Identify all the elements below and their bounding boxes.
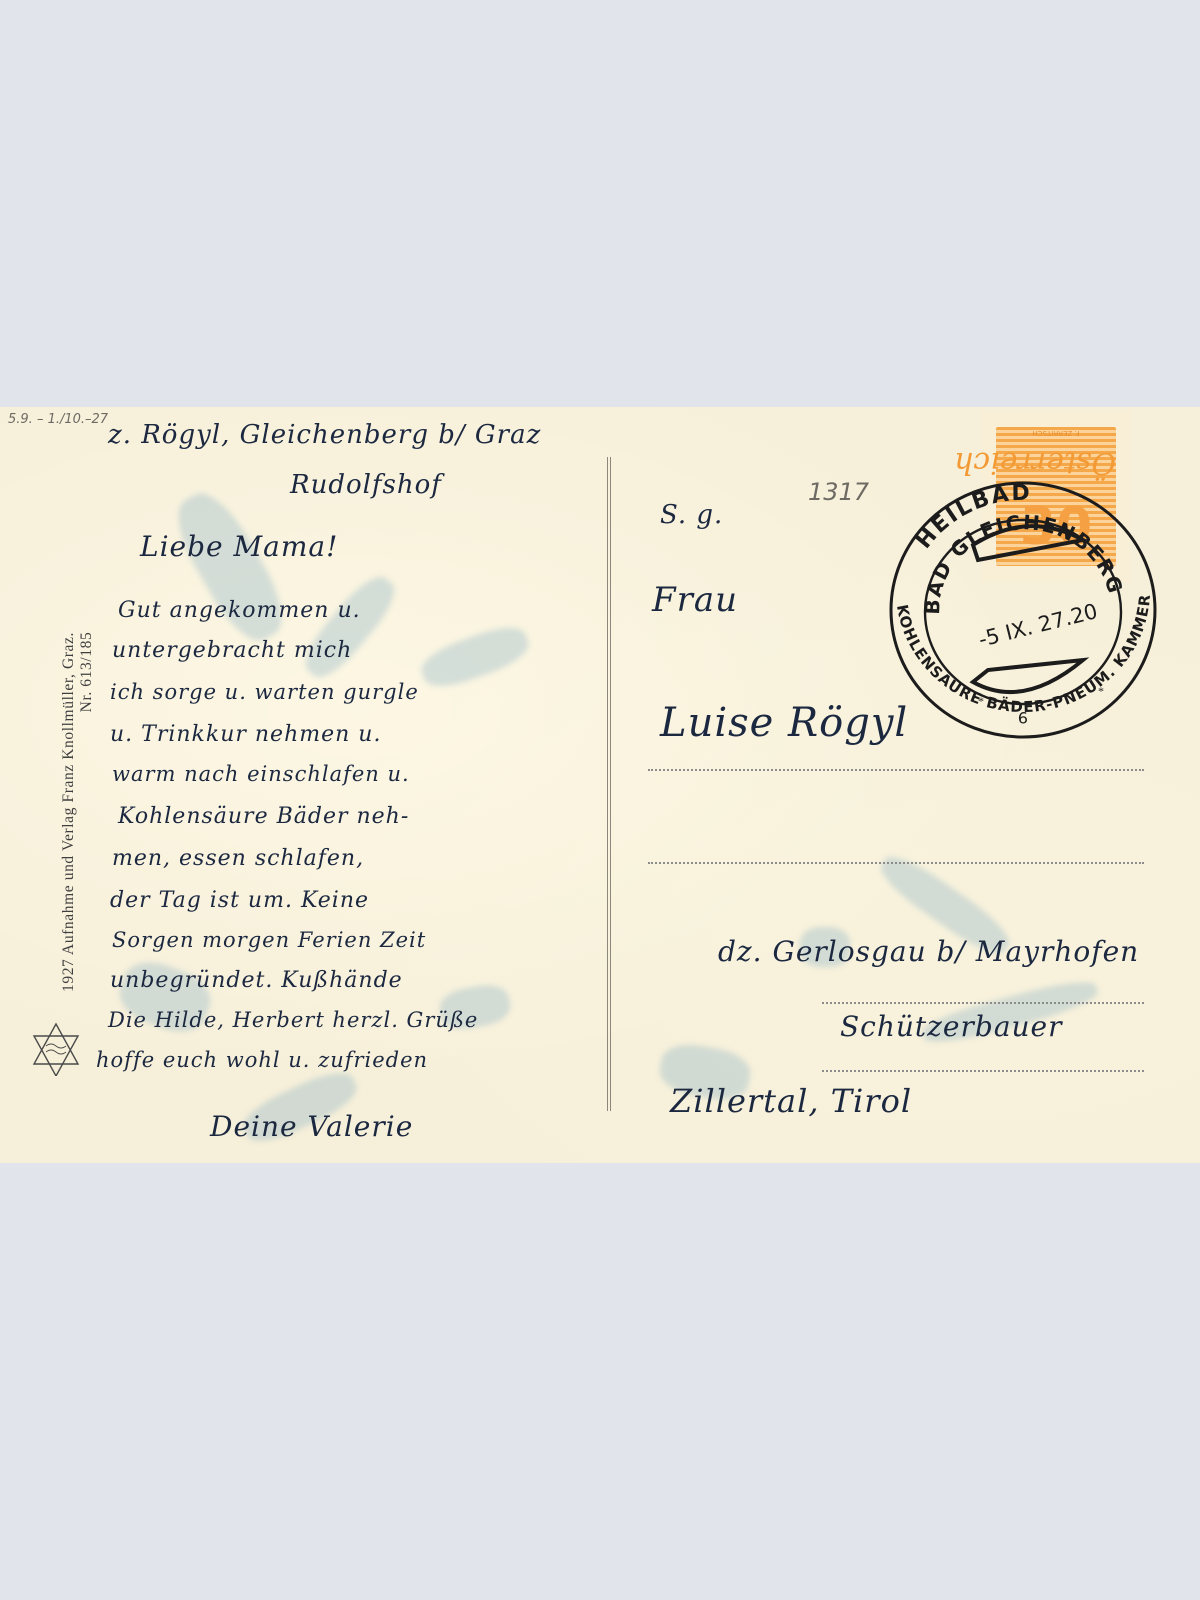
message-line: ich sorge u. warten gurgle bbox=[110, 680, 419, 704]
postmark: HEILBAD BAD GLEICHENBERG KOHLENSÄURE BÄD… bbox=[878, 470, 1168, 740]
message-line: unbegründet. Kußhände bbox=[110, 968, 403, 993]
postmark-date: -5 IX. 27.20 bbox=[976, 599, 1100, 652]
address-line bbox=[822, 1002, 1144, 1004]
message-line: untergebracht mich bbox=[112, 638, 352, 663]
message-line: der Tag ist um. Keine bbox=[110, 888, 369, 913]
message-signature: Deine Valerie bbox=[210, 1110, 413, 1143]
ink-stain bbox=[416, 619, 533, 694]
address-line-1: dz. Gerlosgau b/ Mayrhofen bbox=[718, 935, 1139, 968]
message-line: men, essen schlafen, bbox=[112, 846, 364, 871]
publisher-number: Nr. 613/185 bbox=[78, 412, 96, 992]
ink-stain bbox=[296, 568, 404, 686]
message-line: Liebe Mama! bbox=[140, 530, 338, 563]
address-salutation: S. g. bbox=[660, 500, 723, 530]
postmark-star: * bbox=[1098, 684, 1104, 698]
message-line: z. Rögyl, Gleichenberg b/ Graz bbox=[108, 420, 541, 450]
address-line-3: Zillertal, Tirol bbox=[670, 1082, 912, 1120]
publisher-line: 1927 Aufnahme und Verlag Franz Knollmüll… bbox=[60, 632, 77, 992]
message-line: Die Hilde, Herbert herzl. Grüße bbox=[108, 1008, 478, 1032]
pencil-catalog-number: 1317 bbox=[808, 478, 869, 506]
publisher-imprint: 1927 Aufnahme und Verlag Franz Knollmüll… bbox=[60, 412, 96, 992]
address-line bbox=[648, 769, 1144, 771]
ink-stain bbox=[164, 483, 296, 652]
stamp-engraver: F. ZERRITSCH bbox=[996, 429, 1116, 437]
publisher-star-logo bbox=[28, 1020, 84, 1076]
message-line: Kohlensäure Bäder neh- bbox=[118, 804, 409, 829]
message-line: hoffe euch wohl u. zufrieden bbox=[96, 1048, 428, 1072]
pencil-date-note: 5.9. – 1./10.–27 bbox=[8, 412, 108, 427]
message-line: u. Trinkkur nehmen u. bbox=[110, 722, 381, 747]
postmark-star: * bbox=[978, 694, 984, 708]
message-line: warm nach einschlafen u. bbox=[112, 762, 410, 786]
message-line: Rudolfshof bbox=[290, 470, 442, 500]
message-line: Gut angekommen u. bbox=[118, 598, 361, 623]
address-line-2: Schützerbauer bbox=[840, 1010, 1063, 1043]
postmark-code: 9 bbox=[1018, 708, 1028, 727]
address-name: Luise Rögyl bbox=[660, 700, 908, 746]
address-title: Frau bbox=[652, 580, 738, 620]
address-line bbox=[648, 862, 1144, 864]
center-divider bbox=[607, 457, 611, 1111]
address-line bbox=[822, 1070, 1144, 1072]
message-line: Sorgen morgen Ferien Zeit bbox=[112, 928, 426, 952]
